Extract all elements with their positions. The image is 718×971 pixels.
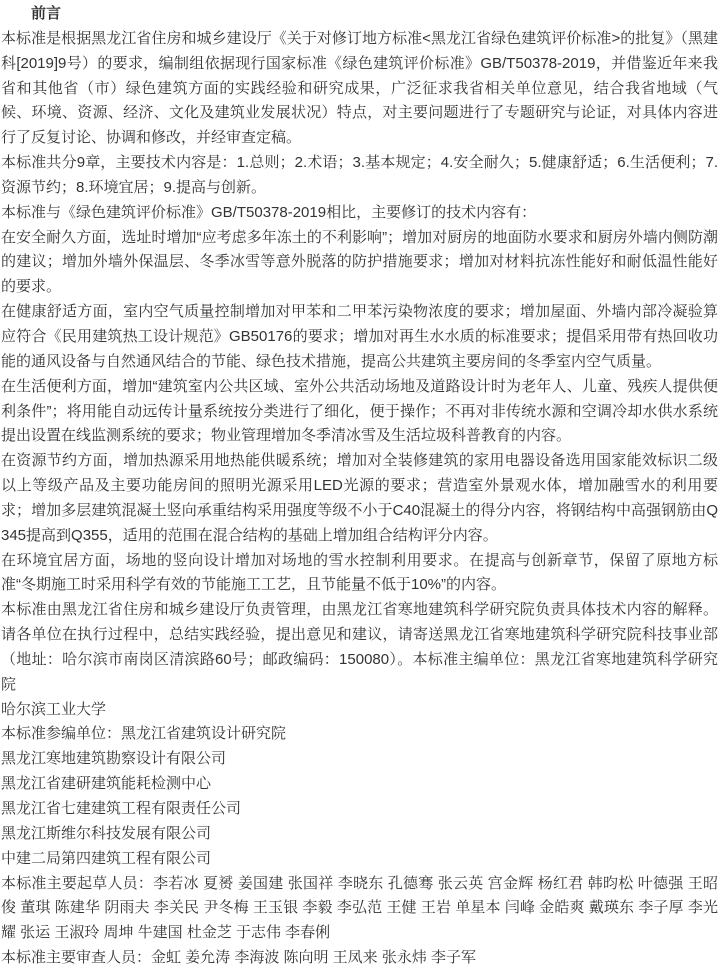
paragraph-safety-durability: 在安全耐久方面，选址时增加“应考虑多年冻土的不利影响”；增加对厨房的地面防水要求… [1, 226, 718, 301]
paragraph-management-chief-editor: 本标准由黑龙江省住房和城乡建设厅负责管理，由黑龙江省寒地建筑科学研究院负责具体技… [1, 598, 718, 697]
paragraph-co-editor-2: 黑龙江寒地建筑勘察设计有限公司 [1, 747, 718, 772]
paragraph-co-editor-3: 黑龙江省建研建筑能耗检测中心 [1, 772, 718, 797]
paragraph-reviewers: 本标准主要审查人员：金虹 姜允涛 李海波 陈向明 王凤来 张永炜 李子军 [1, 946, 718, 971]
paragraph-drafters: 本标准主要起草人员：李若冰 夏赟 姜国建 张国祥 李晓东 孔德骞 张云英 宫金辉… [1, 872, 718, 947]
paragraph-resource-saving: 在资源节约方面，增加热源采用地热能供暖系统；增加对全装修建筑的家用电器设备选用国… [1, 449, 718, 548]
document-page: 前言 本标准是根据黑龙江省住房和城乡建设厅《关于对修订地方标准<黑龙江省绿色建筑… [0, 0, 718, 971]
paragraph-health-comfort: 在健康舒适方面，室内空气质量控制增加对甲苯和二甲苯污染物浓度的要求；增加屋面、外… [1, 300, 718, 375]
page-title: 前言 [1, 2, 718, 27]
paragraph-environment-innovation: 在环境宜居方面，场地的竖向设计增加对场地的雪水控制利用要求。在提高与创新章节，保… [1, 549, 718, 599]
paragraph-co-editor-6: 中建二局第四建筑工程有限公司 [1, 847, 718, 872]
paragraph-co-editor-1: 本标准参编单位：黑龙江省建筑设计研究院 [1, 722, 718, 747]
paragraph-co-editor-5: 黑龙江斯维尔科技发展有限公司 [1, 822, 718, 847]
paragraph-revision-intro: 本标准与《绿色建筑评价标准》GB/T50378-2019相比，主要修订的技术内容… [1, 201, 718, 226]
paragraph-basis: 本标准是根据黑龙江省住房和城乡建设厅《关于对修订地方标准<黑龙江省绿色建筑评价标… [1, 27, 718, 151]
paragraph-chief-editor-2: 哈尔滨工业大学 [1, 698, 718, 723]
paragraph-life-convenience: 在生活便利方面，增加“建筑室内公共区域、室外公共活动场地及道路设计时为老年人、儿… [1, 375, 718, 450]
paragraph-chapters: 本标准共分9章，主要技术内容是：1.总则；2.术语；3.基本规定；4.安全耐久；… [1, 151, 718, 201]
paragraph-co-editor-4: 黑龙江省七建建筑工程有限责任公司 [1, 797, 718, 822]
